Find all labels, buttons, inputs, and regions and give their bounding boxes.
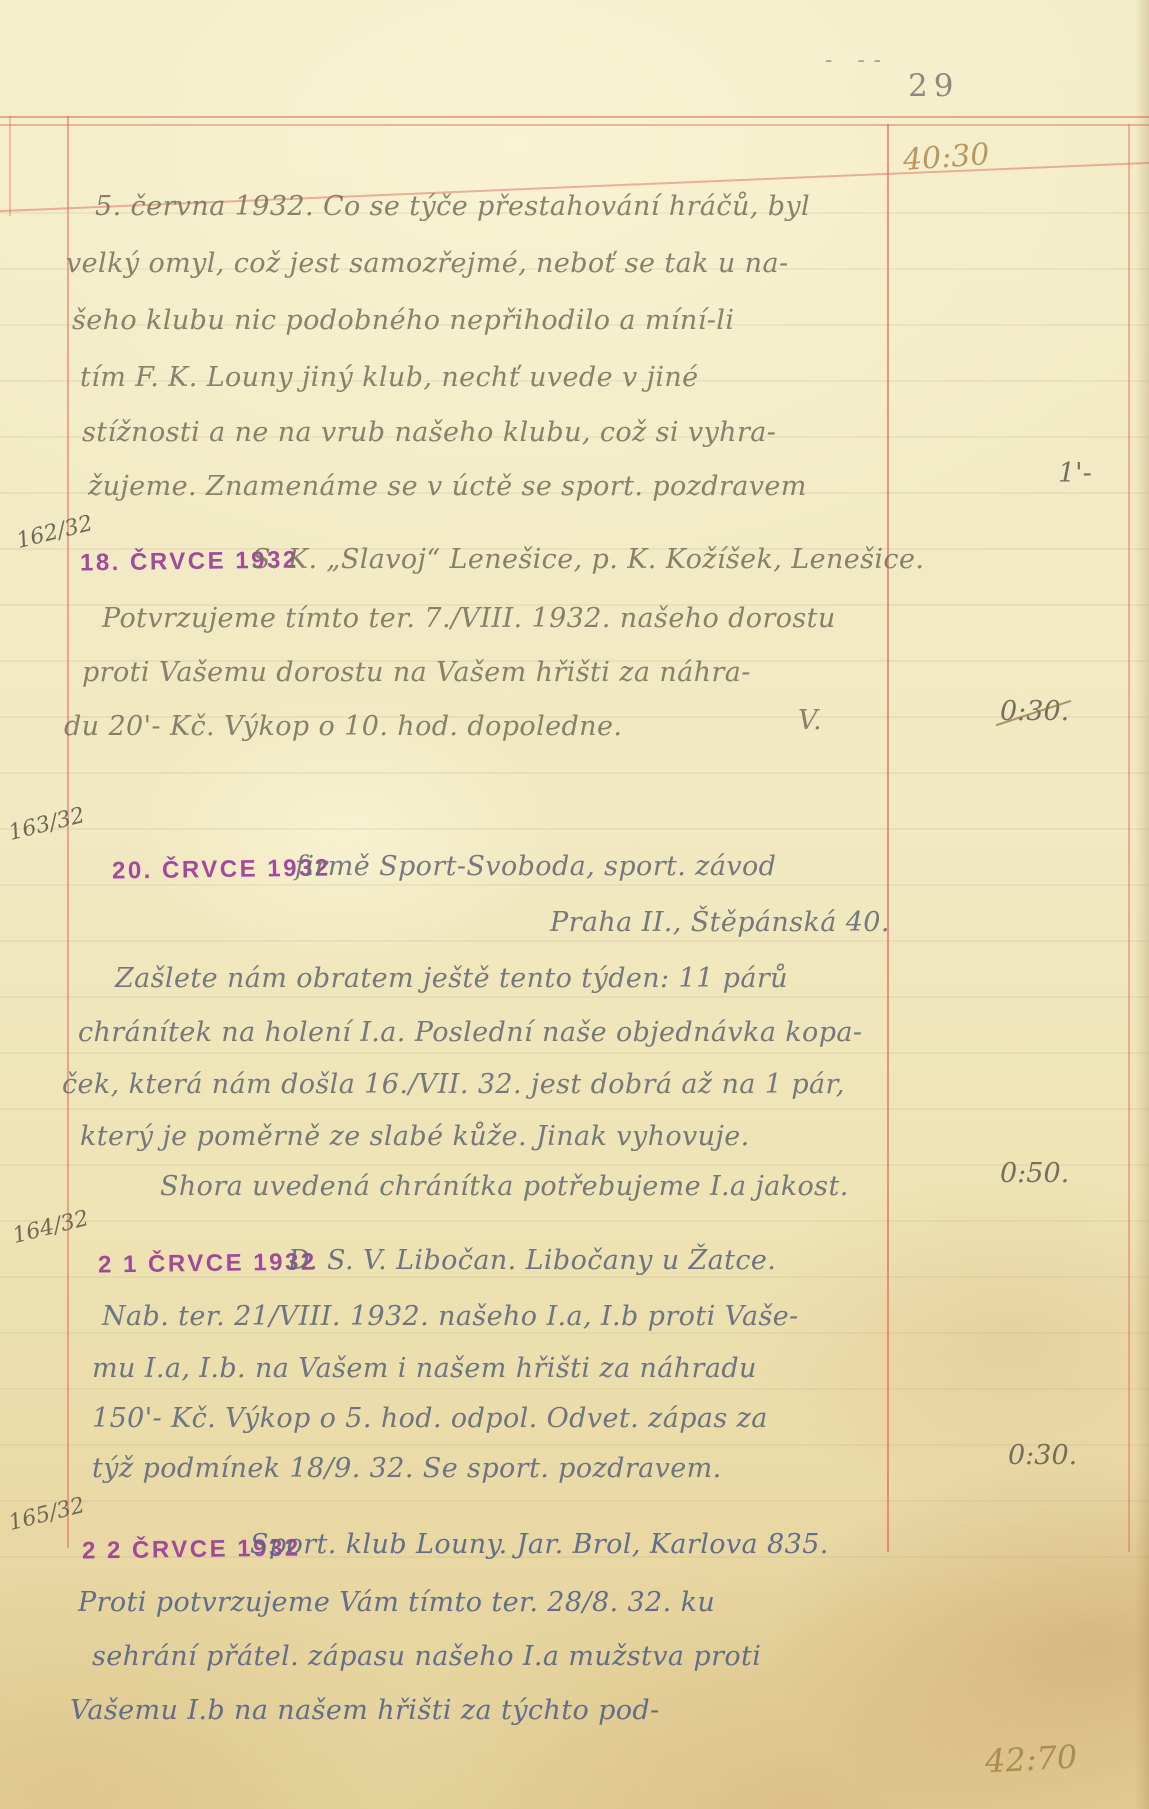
handwritten-line: Nab. ter. 21/VIII. 1932. našeho I.a, I.b… bbox=[102, 1300, 799, 1334]
handwritten-line: chránítek na holení I.a. Poslední naše o… bbox=[78, 1016, 862, 1050]
handwritten-line: stížnosti a ne na vrub našeho klubu, což… bbox=[82, 416, 776, 450]
handwritten-line: du 20'- Kč. Výkop o 10. hod. dopoledne. bbox=[64, 710, 622, 744]
handwritten-line: Zašlete nám obratem ještě tento týden: 1… bbox=[115, 962, 788, 996]
ruled-line-horizontal bbox=[0, 116, 1149, 118]
ruled-line-horizontal bbox=[0, 124, 1149, 126]
pencil-marks: - -- bbox=[822, 48, 887, 73]
handwritten-line: mu I.a, I.b. na Vašem i našem hřišti za … bbox=[92, 1352, 757, 1386]
entry-amount: 0:50. bbox=[1000, 1158, 1069, 1189]
page-number: 29 bbox=[908, 68, 959, 104]
handwritten-line: Praha II., Štěpánská 40. bbox=[550, 906, 890, 940]
handwritten-line: 150'- Kč. Výkop o 5. hod. odpol. Odvet. … bbox=[92, 1402, 768, 1436]
handwritten-line: šeho klubu nic podobného nepřihodilo a m… bbox=[72, 304, 734, 338]
handwritten-line: D. S. V. Libočan. Libočany u Žatce. bbox=[288, 1244, 776, 1278]
handwritten-line: firmě Sport-Svoboda, sport. závod bbox=[295, 850, 776, 884]
handwritten-line: Sport. klub Louny. Jar. Brol, Karlova 83… bbox=[250, 1528, 829, 1562]
page-total: 42:70 bbox=[984, 1738, 1078, 1781]
ruled-line-vertical bbox=[9, 116, 11, 216]
amount-column-rule-right bbox=[1128, 124, 1130, 1552]
entry-amount: 0:30. bbox=[1008, 1440, 1077, 1471]
handwritten-line: Proti potvrzujeme Vám tímto ter. 28/8. 3… bbox=[78, 1586, 715, 1620]
handwritten-line: tím F. K. Louny jiný klub, nechť uvede v… bbox=[80, 361, 699, 395]
handwritten-line: týž podmínek 18/9. 32. Se sport. pozdrav… bbox=[92, 1452, 722, 1486]
handwritten-line: Potvrzujeme tímto ter. 7./VIII. 1932. na… bbox=[102, 602, 836, 636]
carry-forward-amount: 40:30 bbox=[902, 137, 991, 178]
handwritten-line: žujeme. Znamenáme se v úctě se sport. po… bbox=[88, 470, 807, 504]
handwritten-line: ček, která nám došla 16./VII. 32. jest d… bbox=[62, 1068, 845, 1102]
ledger-page: - -- 29 40:30 5. června 1932. Co se týče… bbox=[0, 0, 1149, 1809]
entry-amount: 0:30. bbox=[1000, 696, 1069, 727]
handwritten-line: proti Vašemu dorostu na Vašem hřišti za … bbox=[82, 656, 751, 690]
handwritten-initial: V. bbox=[798, 704, 822, 738]
entry-amount: 1'- bbox=[1058, 458, 1092, 489]
handwritten-line: Vašemu I.b na našem hřišti za týchto pod… bbox=[70, 1694, 660, 1728]
handwritten-line: Shora uvedená chránítka potřebujeme I.a … bbox=[160, 1170, 849, 1204]
handwritten-line: který je poměrně ze slabé kůže. Jinak vy… bbox=[80, 1120, 750, 1154]
handwritten-line: S. K. „Slavoj“ Lenešice, p. K. Kožíšek, … bbox=[252, 543, 924, 577]
handwritten-line: sehrání přátel. zápasu našeho I.a mužstv… bbox=[92, 1640, 761, 1674]
amount-column-rule-left bbox=[887, 124, 889, 1552]
handwritten-line: velký omyl, což jest samozřejmé, neboť s… bbox=[66, 247, 788, 281]
handwritten-line: 5. června 1932. Co se týče přestahování … bbox=[95, 190, 810, 224]
date-stamp: 2 1 ČRVCE 1932 bbox=[98, 1248, 317, 1279]
